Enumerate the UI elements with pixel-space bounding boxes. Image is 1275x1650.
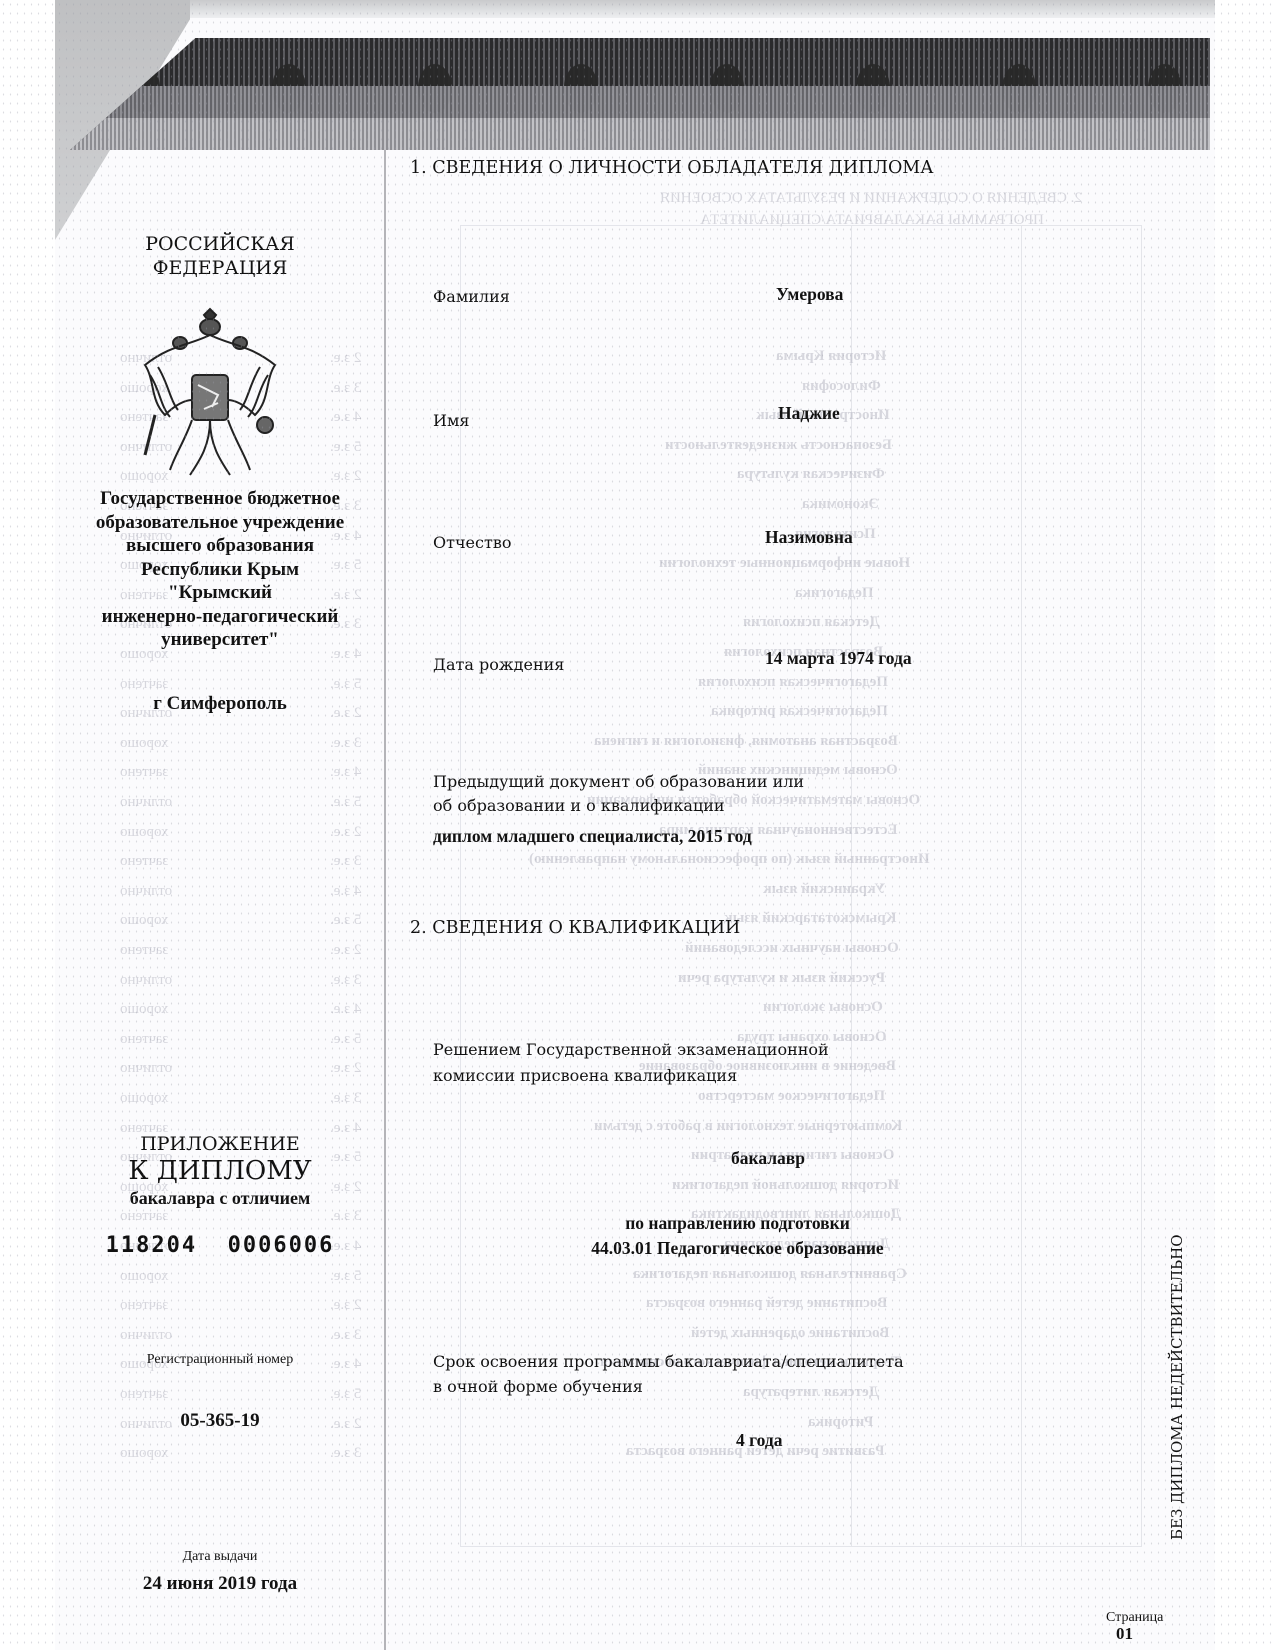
doc-title-line-1: ПРИЛОЖЕНИЕ xyxy=(70,1133,370,1155)
bleed-through-grade: зачтено xyxy=(120,1386,168,1403)
doc-title-line-2: К ДИПЛОМУ xyxy=(70,1156,370,1186)
bleed-through-credits: 2 з.е. xyxy=(330,1297,361,1314)
bleed-through-grade: зачтено xyxy=(120,1297,168,1314)
bleed-through-credits: 3 з.е. xyxy=(330,972,361,989)
bleed-through-credits: 5 з.е. xyxy=(330,676,361,693)
bleed-through-grade: отлично xyxy=(120,1327,172,1344)
issue-date-label: Дата выдачи xyxy=(70,1549,370,1565)
russian-coat-of-arms-icon xyxy=(130,305,290,480)
bleed-through-credits: 5 з.е. xyxy=(330,1031,361,1048)
bleed-through-grade: отлично xyxy=(120,883,172,900)
bleed-through-credits: 2 з.е. xyxy=(330,824,361,841)
institution-line: университет" xyxy=(70,628,370,652)
bleed-through-grade: хорошо xyxy=(120,912,168,929)
bleed-through-credits: 3 з.е. xyxy=(330,380,361,397)
bleed-through-credits: 2 з.е. xyxy=(330,942,361,959)
bleed-through-heading: ПРОГРАММЫ БАКАЛАВРИАТА/СПЕЦИАЛИТЕТА xyxy=(700,212,1044,229)
country-line-2: ФЕДЕРАЦИЯ xyxy=(70,256,370,280)
bleed-through-subject: Новые информационные технологии xyxy=(659,555,910,572)
field-value-birth-date: 14 марта 1974 года xyxy=(765,648,912,669)
field-label-first-name: Имя xyxy=(433,411,470,430)
bleed-through-credits: 2 з.е. xyxy=(330,350,361,367)
bleed-through-credits: 5 з.е. xyxy=(330,912,361,929)
bleed-through-grade: хорошо xyxy=(120,1090,168,1107)
institution-name: Государственное бюджетное образовательно… xyxy=(70,487,370,652)
bleed-through-subject: Педагогика xyxy=(795,585,874,602)
institution-line: высшего образования xyxy=(70,534,370,558)
section-1-title: 1. СВЕДЕНИЯ О ЛИЧНОСТИ ОБЛАДАТЕЛЯ ДИПЛОМ… xyxy=(410,158,933,178)
bleed-through-grade: хорошо xyxy=(120,1445,168,1462)
bleed-through-subject: Детская психология xyxy=(743,614,880,631)
bleed-through-subject: Основы экологии xyxy=(763,999,883,1016)
bleed-through-credits: 4 з.е. xyxy=(330,764,361,781)
field-value-surname: Умерова xyxy=(776,284,843,305)
bleed-through-grade: зачтено xyxy=(120,676,168,693)
bleed-through-grade: зачтено xyxy=(120,764,168,781)
field-label-birth-date: Дата рождения xyxy=(433,655,564,674)
prev-doc-label-line-1: Предыдущий документ об образовании или xyxy=(433,772,804,791)
bleed-through-subject: Риторика xyxy=(808,1414,873,1431)
decision-label-line-2: комиссии присвоена квалификация xyxy=(433,1066,737,1085)
field-label-patronymic: Отчество xyxy=(433,533,511,552)
prev-doc-label-line-2: об образовании и о квалификации xyxy=(433,796,725,815)
bleed-through-credits: 5 з.е. xyxy=(330,794,361,811)
field-label-surname: Фамилия xyxy=(433,287,510,306)
study-duration-label-line-1: Срок освоения программы бакалавриата/спе… xyxy=(433,1352,904,1371)
bleed-through-credits: 3 з.е. xyxy=(330,1445,361,1462)
field-value-first-name: Наджие xyxy=(778,403,840,424)
bleed-through-subject: Педагогическое мастерство xyxy=(698,1088,885,1105)
bleed-through-subject: Основы научных исследований xyxy=(685,940,899,957)
bleed-through-subject: Философия xyxy=(802,378,881,395)
study-duration-label-line-2: в очной форме обучения xyxy=(433,1377,643,1396)
section-2-title: 2. СВЕДЕНИЯ О КВАЛИФИКАЦИИ xyxy=(410,918,740,938)
bleed-through-grade: отлично xyxy=(120,1060,172,1077)
bleed-through-subject: Детская литература xyxy=(743,1384,879,1401)
bleed-through-credits: 2 з.е. xyxy=(330,468,361,485)
security-pattern-band xyxy=(70,38,1210,150)
bleed-through-grade: хорошо xyxy=(120,1001,168,1018)
registration-number-label: Регистрационный номер xyxy=(70,1352,370,1368)
bleed-through-heading: 2. СВЕДЕНИЯ О СОДЕРЖАНИИ И РЕЗУЛЬТАТАХ О… xyxy=(660,190,1082,207)
bleed-through-grade: хорошо xyxy=(120,1268,168,1285)
institution-line: образовательное учреждение xyxy=(70,511,370,535)
direction-value: 44.03.01 Педагогическое образование xyxy=(0,1238,1275,1259)
column-divider xyxy=(384,150,386,1650)
bleed-through-credits: 2 з.е. xyxy=(330,1060,361,1077)
bleed-through-subject: Иностранный язык (по профессиональному н… xyxy=(529,851,930,868)
prev-doc-value: диплом младшего специалиста, 2015 год xyxy=(433,826,752,847)
bleed-through-subject: Крымскотатарский язык xyxy=(724,910,896,927)
bleed-through-credits: 5 з.е. xyxy=(330,1268,361,1285)
bleed-through-credits: 4 з.е. xyxy=(330,883,361,900)
security-pattern-low xyxy=(70,118,1210,150)
bleed-through-credits: 5 з.е. xyxy=(330,439,361,456)
bleed-through-subject: Русский язык и культура речи xyxy=(678,970,885,987)
bleed-through-grade: отлично xyxy=(120,794,172,811)
bleed-through-credits: 3 з.е. xyxy=(330,735,361,752)
bleed-through-grade: хорошо xyxy=(120,824,168,841)
field-value-patronymic: Назимовна xyxy=(765,527,853,548)
bleed-through-grade: зачтено xyxy=(120,853,168,870)
country-name: РОССИЙСКАЯ ФЕДЕРАЦИЯ xyxy=(70,232,370,280)
issue-date-value: 24 июня 2019 года xyxy=(70,1573,370,1595)
bleed-through-grade: отлично xyxy=(120,972,172,989)
security-pattern-mid xyxy=(70,86,1210,118)
institution-line: Республики Крым xyxy=(70,558,370,582)
registration-number-value: 05-365-19 xyxy=(70,1410,370,1432)
bleed-through-credits: 4 з.е. xyxy=(330,1001,361,1018)
bleed-through-column-line xyxy=(1021,226,1022,1546)
country-line-1: РОССИЙСКАЯ xyxy=(70,232,370,256)
bleed-through-subject: Украинский язык xyxy=(763,881,885,898)
bleed-through-subject: Физическая культура xyxy=(737,466,885,483)
bleed-through-subject: Безопасность жизнедеятельности xyxy=(665,437,892,454)
bleed-through-credits: 5 з.е. xyxy=(330,1386,361,1403)
institution-line: Государственное бюджетное xyxy=(70,487,370,511)
scanner-edge xyxy=(55,0,1215,18)
bleed-through-subject: Педагогическая психология xyxy=(698,674,888,691)
bleed-through-grade: зачтено xyxy=(120,942,168,959)
bleed-through-credits: 3 з.е. xyxy=(330,853,361,870)
doc-title-line-3: бакалавра с отличием xyxy=(70,1188,370,1209)
bleed-through-subject: Сравнительная дошкольная педагогика xyxy=(633,1266,907,1283)
bleed-through-subject: Педагогическая риторика xyxy=(711,703,888,720)
page-label: Страница xyxy=(1106,1610,1163,1626)
qualification-value: бакалавр xyxy=(731,1148,805,1169)
institution-line: инженерно-педагогический xyxy=(70,605,370,629)
decision-label-line-1: Решением Государственной экзаменационной xyxy=(433,1040,829,1059)
bleed-through-subject: Воспитание детей раннего возраста xyxy=(646,1295,887,1312)
bleed-through-subject: Компьютерные технологии в работе с детьм… xyxy=(594,1118,902,1135)
bleed-through-grade: зачтено xyxy=(120,1031,168,1048)
page-number: 01 xyxy=(1116,1624,1133,1644)
validity-note: БЕЗ ДИПЛОМА НЕДЕЙСТВИТЕЛЬНО xyxy=(1168,1234,1186,1540)
institution-line: "Крымский xyxy=(70,581,370,605)
institution-city: г Симферополь xyxy=(70,693,370,715)
bleed-through-subject: Экономика xyxy=(802,496,879,513)
bleed-through-credits: 4 з.е. xyxy=(330,409,361,426)
bleed-through-grade: хорошо xyxy=(120,735,168,752)
bleed-through-subject: История дошкольной педагогики xyxy=(672,1177,899,1194)
bleed-through-credits: 3 з.е. xyxy=(330,1327,361,1344)
bleed-through-subject: Возрастная анатомия, физиология и гигиен… xyxy=(594,733,898,750)
bleed-through-credits: 3 з.е. xyxy=(330,1090,361,1107)
bleed-through-subject: История Крыма xyxy=(776,348,886,365)
direction-label: по направлению подготовки xyxy=(0,1213,1275,1234)
bleed-through-subject: Воспитание одаренных детей xyxy=(691,1325,890,1342)
study-duration-value: 4 года xyxy=(736,1430,782,1451)
